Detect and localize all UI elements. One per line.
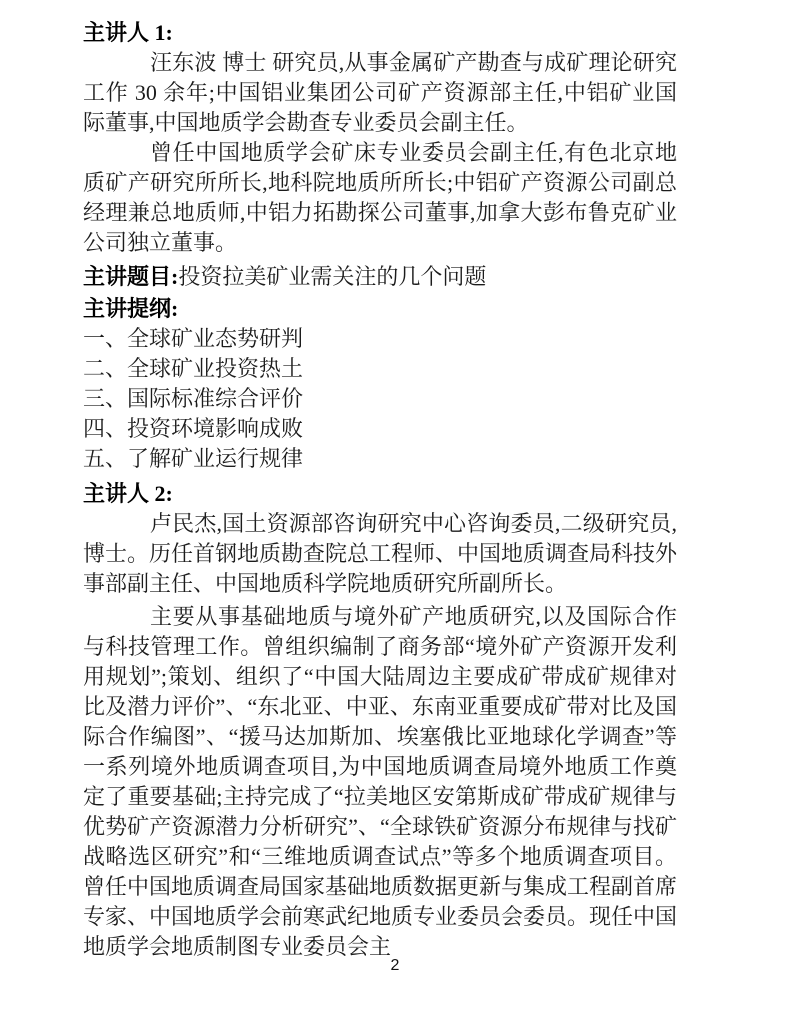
lecture-topic-text: 投资拉美矿业需关注的几个问题 <box>178 264 486 289</box>
lecture-topic-label: 主讲题目: <box>83 264 178 289</box>
speaker2-bio-paragraph-2: 主要从事基础地质与境外矿产地质研究,以及国际合作与科技管理工作。曾组织编制了商务… <box>83 602 677 962</box>
document-page: 主讲人 1: 汪东波 博士 研究员,从事金属矿产勘查与成矿理论研究工作 30 余… <box>0 0 800 1014</box>
lecture-outline-heading: 主讲提纲: <box>83 294 677 324</box>
speaker1-bio-paragraph-2: 曾任中国地质学会矿床专业委员会副主任,有色北京地质矿产研究所所长,地科院地质所所… <box>83 138 677 258</box>
outline-item-4: 四、投资环境影响成败 <box>83 414 677 444</box>
outline-item-2: 二、全球矿业投资热土 <box>83 354 677 384</box>
speaker2-bio-paragraph-1: 卢民杰,国土资源部咨询研究中心咨询委员,二级研究员,博士。历任首钢地质勘查院总工… <box>83 509 677 599</box>
outline-item-5: 五、了解矿业运行规律 <box>83 444 677 474</box>
speaker2-heading: 主讲人 2: <box>83 479 677 509</box>
outline-item-3: 三、国际标准综合评价 <box>83 384 677 414</box>
lecture-topic-line: 主讲题目:投资拉美矿业需关注的几个问题 <box>83 262 677 292</box>
speaker1-heading: 主讲人 1: <box>83 18 677 48</box>
outline-item-1: 一、全球矿业态势研判 <box>83 324 677 354</box>
speaker1-bio-paragraph-1: 汪东波 博士 研究员,从事金属矿产勘查与成矿理论研究工作 30 余年;中国铝业集… <box>83 48 677 138</box>
document-content: 主讲人 1: 汪东波 博士 研究员,从事金属矿产勘查与成矿理论研究工作 30 余… <box>83 18 677 962</box>
page-number: 2 <box>0 956 790 976</box>
